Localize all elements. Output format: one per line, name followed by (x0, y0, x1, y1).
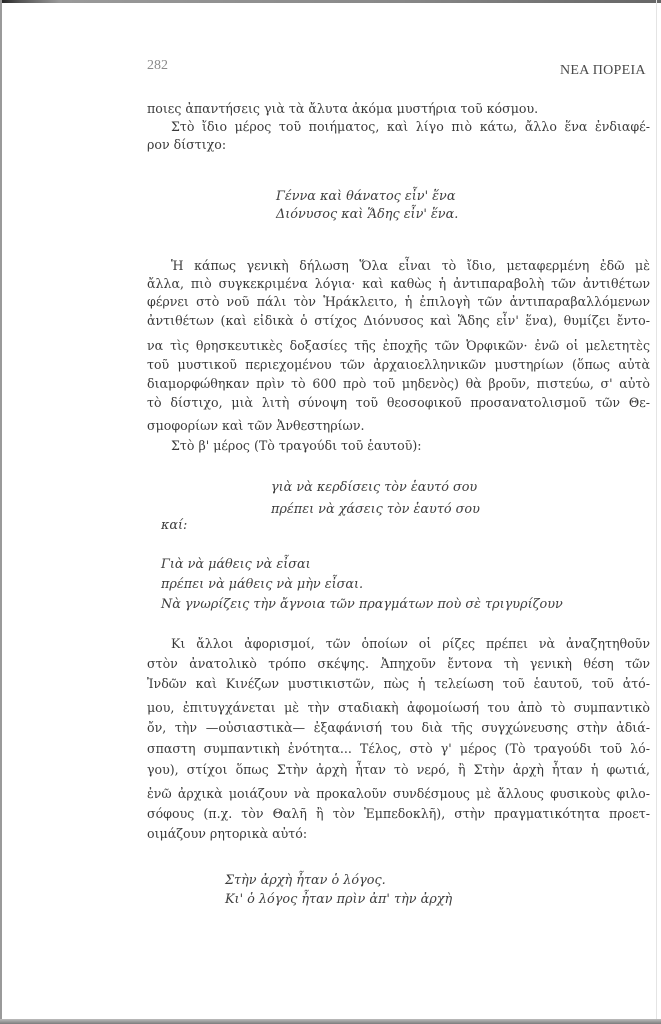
paragraph-line: ρον δίστιχο: (147, 137, 226, 153)
paragraph-line: ὄν, τὴν —οὐσιαστικὰ— ἐξαφάνισή του διὰ τ… (147, 720, 650, 736)
verse-conjunction: καί: (161, 518, 187, 534)
verse-line: Γιὰ νὰ μάθεις νὰ εἶσαι (161, 557, 311, 573)
paragraph-line-text: Κι ἄλλοι ἀφορισμοί, τῶν ὁποίων οἱ ρίζες … (171, 636, 650, 652)
paragraph-line-text: Ἡ κάπως γενικὴ δήλωση Ὅλα εἶναι τὸ ἴδιο,… (171, 258, 650, 274)
paragraph-line: τοῦ μυστικοῦ περιεχομένου τῶν ἀρχαιοελλη… (147, 357, 650, 373)
paragraph-line: τὸ δίστιχο, μιὰ λιτὴ σύνοψη τοῦ θεοσοφικ… (147, 395, 650, 411)
running-head: ΝΕΑ ΠΟΡΕΙΑ (560, 63, 646, 79)
verse-line: Στὴν ἀρχὴ ἦταν ὁ λόγος. (225, 873, 386, 889)
paragraph-line: Ἰνδῶν καὶ Κινέζων μυστικιστῶν, πὼς ἡ τελ… (147, 676, 650, 692)
paragraph-line: μου, ἐπιτυγχάνεται μὲ τὴν σταδιακὴ ἀφομο… (147, 700, 650, 716)
paragraph-line: ποιες ἀπαντήσεις γιὰ τὰ ἄλυτα ἀκόμα μυστ… (147, 101, 538, 117)
scan-edge-bottom (0, 1019, 661, 1024)
paragraph-line-text: τοῦ μυστικοῦ περιεχομένου τῶν ἀρχαιοελλη… (147, 357, 650, 373)
paragraph-line-text: σόφους (π.χ. τὸν Θαλῆ ἢ τὸν Ἐμπεδοκλῆ), … (147, 806, 650, 822)
verse-line: Γέννα καὶ θάνατος εἶν' ἕνα (276, 189, 455, 205)
paragraph-line: ἐνῶ ἀρχικὰ μοιάζουν νὰ προκαλοῦν συνδέσμ… (147, 786, 650, 802)
paragraph-line: ἀντιθέτων (καὶ εἰδικὰ ὁ στίχος Διόνυσος … (147, 313, 650, 329)
verse-line: Κι' ὁ λόγος ἦταν πρὶν ἀπ' τὴν ἀρχὴ (225, 892, 452, 908)
paragraph-line: Κι ἄλλοι ἀφορισμοί, τῶν ὁποίων οἱ ρίζες … (171, 636, 650, 652)
verse-line: πρέπει νὰ μάθεις νὰ μὴν εἶσαι. (161, 577, 363, 593)
paragraph-line-text: να τὶς θρησκευτικὲς δοξασίες τῆς ἐποχῆς … (147, 338, 650, 354)
paragraph-line-text: στὸν ἀνατολικὸ τρόπο σκέψης. Ἀπηχοῦν ἔντ… (147, 656, 650, 672)
paragraph-line: να τὶς θρησκευτικὲς δοξασίες τῆς ἐποχῆς … (147, 338, 650, 354)
verse-line: Νὰ γνωρίζεις τὴν ἄγνοια τῶν πραγμάτων πο… (161, 597, 563, 613)
paragraph-line: σμοφορίων καὶ τῶν Ἀνθεστηρίων. (147, 418, 364, 434)
paragraph-line: οιμάζουν ρητορικὰ αὐτό: (147, 826, 307, 842)
paragraph-line-text: μου, ἐπιτυγχάνεται μὲ τὴν σταδιακὴ ἀφομο… (147, 700, 650, 716)
paragraph-line-text: γου), στίχοι ὅπως Στὴν ἀρχὴ ἦταν τὸ νερό… (147, 762, 650, 778)
paragraph-line-text: Στὸ ἴδιο μέρος τοῦ ποιήματος, καὶ λίγο π… (171, 119, 650, 135)
verse-line: πρέπει νὰ χάσεις τὸν ἑαυτό σου (271, 502, 480, 518)
verse-line: γιὰ νὰ κερδίσεις τὸν ἑαυτό σου (271, 480, 477, 496)
scan-edge-left (0, 0, 2, 1024)
paragraph-line-text: ἐνῶ ἀρχικὰ μοιάζουν νὰ προκαλοῦν συνδέσμ… (147, 786, 650, 802)
paragraph-line-text: τὸ δίστιχο, μιὰ λιτὴ σύνοψη τοῦ θεοσοφικ… (147, 395, 650, 411)
paragraph-line-text: ἄλλα, πιὸ συγκεκριμένα λόγια· καὶ καθὼς … (147, 276, 650, 292)
paragraph-line-text: διαμορφώθηκαν πρὶν τὸ 600 πρὸ τοῦ μηδενὸ… (147, 376, 650, 392)
paragraph-line-text: ὄν, τὴν —οὐσιαστικὰ— ἐξαφάνισή του διὰ τ… (147, 720, 650, 736)
paragraph-line: στὸν ἀνατολικὸ τρόπο σκέψης. Ἀπηχοῦν ἔντ… (147, 656, 650, 672)
paragraph-line-text: ἀντιθέτων (καὶ εἰδικὰ ὁ στίχος Διόνυσος … (147, 313, 650, 329)
paragraph-line: Ἡ κάπως γενικὴ δήλωση Ὅλα εἶναι τὸ ἴδιο,… (171, 258, 650, 274)
scan-edge-top (0, 0, 661, 3)
paragraph-line: σόφους (π.χ. τὸν Θαλῆ ἢ τὸν Ἐμπεδοκλῆ), … (147, 806, 650, 822)
paragraph-line: φέρνει στὸ νοῦ πάλι τὸν Ἡράκλειτο, ἡ ἐπι… (147, 294, 650, 310)
paragraph-line: γου), στίχοι ὅπως Στὴν ἀρχὴ ἦταν τὸ νερό… (147, 762, 650, 778)
scan-edge-right (656, 0, 657, 1024)
paragraph-line: σπαστη συμπαντικὴ ἑνότητα... Τέλος, στὸ … (147, 741, 650, 757)
paragraph-line: ἄλλα, πιὸ συγκεκριμένα λόγια· καὶ καθὼς … (147, 276, 650, 292)
paragraph-line: Στὸ ἴδιο μέρος τοῦ ποιήματος, καὶ λίγο π… (171, 119, 650, 135)
page-number: 282 (147, 58, 168, 74)
paragraph-line-text: σπαστη συμπαντικὴ ἑνότητα... Τέλος, στὸ … (147, 741, 650, 757)
paragraph-line: διαμορφώθηκαν πρὶν τὸ 600 πρὸ τοῦ μηδενὸ… (147, 376, 650, 392)
paragraph-line-text: Ἰνδῶν καὶ Κινέζων μυστικιστῶν, πὼς ἡ τελ… (147, 676, 650, 692)
paragraph-line-text: φέρνει στὸ νοῦ πάλι τὸν Ἡράκλειτο, ἡ ἐπι… (147, 294, 650, 310)
verse-line: Διόνυσος καὶ Ἅδης εἶν' ἕνα. (276, 207, 458, 223)
paragraph-line: Στὸ β' μέρος (Τὸ τραγούδι τοῦ ἑαυτοῦ): (171, 438, 422, 454)
